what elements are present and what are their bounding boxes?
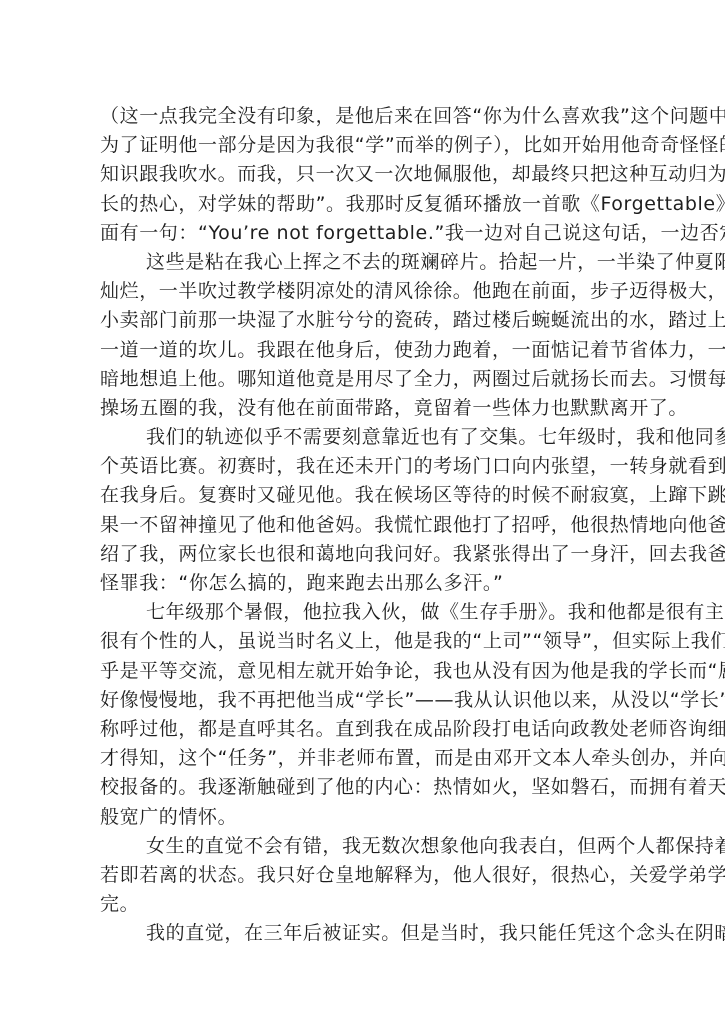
text-line: 才得知，这个“任务”，并非老师布置，而是由邓开文本人牵头创办，并向学	[100, 744, 664, 773]
text-line: 完。	[100, 890, 664, 919]
text-line: 若即若离的状态。我只好仓皇地解释为，他人很好，很热心，关爱学弟学妹，	[100, 861, 664, 890]
text-line: 长的热心，对学妹的帮助”。我那时反复循环播放一首歌《Forgettable》，里	[100, 190, 664, 219]
text-line: 怪罪我：“你怎么搞的，跑来跑去出那么多汗。”	[100, 569, 664, 598]
text-line: 般宽广的情怀。	[100, 803, 664, 832]
paragraph-4: 七年级那个暑假，他拉我入伙，做《生存手册》。我和他都是很有主见也 很有个性的人，…	[100, 598, 664, 832]
paragraph-1: （这一点我完全没有印象，是他后来在回答“你为什么喜欢我”这个问题中， 为了证明他…	[100, 102, 664, 248]
text-line: 灿烂，一半吹过教学楼阴凉处的清风徐徐。他跑在前面，步子迈得极大，踏过	[100, 277, 664, 306]
text-line: 女生的直觉不会有错，我无数次想象他向我表白，但两个人都保持着那种	[100, 832, 664, 861]
document-page: （这一点我完全没有印象，是他后来在回答“你为什么喜欢我”这个问题中， 为了证明他…	[100, 102, 664, 948]
text-line: 知识跟我吹水。而我，只一次又一次地佩服他，却最终只把这种互动归为“学	[100, 160, 664, 189]
text-line: 操场五圈的我，没有他在前面带路，竟留着一些体力也默默离开了。	[100, 394, 664, 423]
paragraph-3: 我们的轨迹似乎不需要刻意靠近也有了交集。七年级时，我和他同参加一 个英语比赛。初…	[100, 423, 664, 598]
text-line: 七年级那个暑假，他拉我入伙，做《生存手册》。我和他都是很有主见也	[100, 598, 664, 627]
text-line: 好像慢慢地，我不再把他当成“学长”——我从认识他以来，从没以“学长”	[100, 686, 664, 715]
text-line: 个英语比赛。初赛时，我在还未开门的考场门口向内张望，一转身就看到他站	[100, 452, 664, 481]
paragraph-2: 这些是粘在我心上挥之不去的斑斓碎片。拾起一片，一半染了仲夏阳光的 灿烂，一半吹过…	[100, 248, 664, 423]
text-line: 很有个性的人，虽说当时名义上，他是我的“上司”“领导”，但实际上我们几	[100, 627, 664, 656]
text-line: 我们的轨迹似乎不需要刻意靠近也有了交集。七年级时，我和他同参加一	[100, 423, 664, 452]
text-line: 这些是粘在我心上挥之不去的斑斓碎片。拾起一片，一半染了仲夏阳光的	[100, 248, 664, 277]
text-line: 乎是平等交流，意见相左就开始争论，我也从没有因为他是我的学长而“屈服”。	[100, 657, 664, 686]
text-line: （这一点我完全没有印象，是他后来在回答“你为什么喜欢我”这个问题中，	[100, 102, 664, 131]
text-line: 果一不留神撞见了他和他爸妈。我慌忙跟他打了招呼，他很热情地向他爸妈介	[100, 511, 664, 540]
text-line: 校报备的。我逐渐触碰到了他的内心：热情如火，坚如磐石，而拥有着天海一	[100, 773, 664, 802]
text-line: 我的直觉，在三年后被证实。但是当时，我只能任凭这个念头在阴暗处啃	[100, 919, 664, 948]
text-line: 在我身后。复赛时又碰见他。我在候场区等待的时候不耐寂寞，上蹿下跳，结	[100, 481, 664, 510]
text-line: 暗地想追上他。哪知道他竟是用尽了全力，两圈过后就扬长而去。习惯每天跑	[100, 365, 664, 394]
text-line: 一道一道的坎儿。我跟在他身后，使劲力跑着，一面惦记着节省体力，一面暗	[100, 336, 664, 365]
text-line: 绍了我，两位家长也很和蔼地向我问好。我紧张得出了一身汗，回去我爸妈还	[100, 540, 664, 569]
paragraph-6: 我的直觉，在三年后被证实。但是当时，我只能任凭这个念头在阴暗处啃	[100, 919, 664, 948]
text-line: 为了证明他一部分是因为我很“学”而举的例子），比如开始用他奇奇怪怪的	[100, 131, 664, 160]
text-line: 面有一句：“You’re not forgettable.”我一边对自己说这句话…	[100, 219, 664, 248]
text-line: 小卖部门前那一块湿了水脏兮兮的瓷砖，踏过楼后蜿蜒流出的水，踏过上坡处	[100, 306, 664, 335]
paragraph-5: 女生的直觉不会有错，我无数次想象他向我表白，但两个人都保持着那种 若即若离的状态…	[100, 832, 664, 920]
text-line: 称呼过他，都是直呼其名。直到我在成品阶段打电话向政教处老师咨询细节，	[100, 715, 664, 744]
